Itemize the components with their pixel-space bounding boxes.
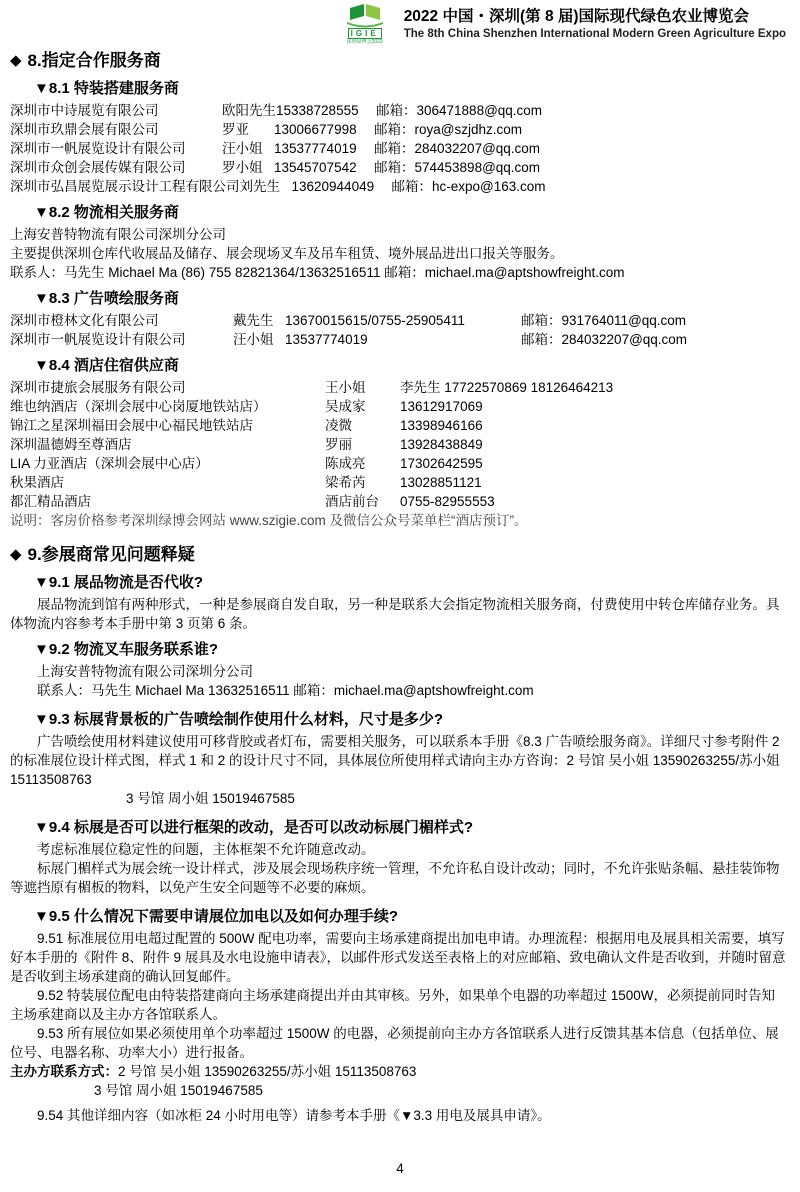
contact-name: 刘先生 — [240, 177, 292, 196]
table-row: LIA 力亚酒店（深圳会展中心店） 陈成亮 17302642595 — [10, 454, 786, 473]
table-row: 锦江之星深圳福田会展中心福民地铁站店 凌微 13398946166 — [10, 416, 786, 435]
email-address: 邮箱：284032207@qq.com — [374, 139, 540, 158]
table-row: 深圳市一帆展览设计有限公司 汪小姐 13537774019 邮箱：2840322… — [10, 330, 786, 349]
phone-number: 13398946166 — [400, 416, 483, 435]
subsection-8-1-rows: 深圳市中诗展览有限公司 欧阳先生 15338728555 邮箱：30647188… — [10, 101, 786, 196]
phone-number: 15338728555 — [276, 101, 376, 120]
table-row: 秋果酒店 梁希芮 13028851121 — [10, 473, 786, 492]
organizer-contact-line-1: 主办方联系方式：2 号馆 吴小姐 13590263255/苏小姐 1511350… — [10, 1062, 786, 1081]
question-9-3-answer: 广告喷绘使用材料建议使用可移背胶或者灯布，需要相关服务，可以联系本手册《8.3 … — [10, 732, 786, 789]
question-9-2-title: ▼9.2 物流叉车服务联系谁? — [34, 640, 786, 660]
hotel-name: LIA 力亚酒店（深圳会展中心店） — [10, 454, 325, 473]
email-address: 邮箱：284032207@qq.com — [521, 330, 687, 349]
logistics-services-desc: 主要提供深圳仓库代收展品及储存、展会现场叉车及吊车租赁、境外展品进出口报关等服务… — [10, 244, 786, 263]
company-name: 深圳市中诗展览有限公司 — [10, 101, 222, 120]
expo-titles: 2022 中国・深圳(第 8 届)国际现代绿色农业博览会 The 8th Chi… — [404, 7, 786, 42]
company-name: 深圳市橙林文化有限公司 — [10, 311, 233, 330]
email-address: 邮箱：roya@szjdhz.com — [374, 120, 522, 139]
phone-number: 13928438849 — [400, 435, 483, 454]
phone-number: 13670015615/0755-25905411 — [285, 311, 521, 330]
contact-name: 戴先生 — [233, 311, 285, 330]
hall-2-contact: 2 号馆 吴小姐 13590263255/苏小姐 15113508763 — [118, 1064, 416, 1079]
table-row: 深圳市捷旅会展服务有限公司 王小姐 李先生 17722570869 181264… — [10, 378, 786, 397]
hotel-name: 深圳温德姆至尊酒店 — [10, 435, 325, 454]
hotel-name: 维也纳酒店（深圳会展中心岗厦地铁站店） — [10, 397, 325, 416]
phone-number: 13006677998 — [274, 120, 374, 139]
organizer-contact-line-2: 3 号馆 周小姐 15019467585 — [10, 1081, 786, 1100]
page-header: IGIE 深圳绿博会2022 2022 中国・深圳(第 8 届)国际现代绿色农业… — [10, 2, 786, 46]
table-row: 深圳市玖鼎会展有限公司 罗亚 13006677998 邮箱：roya@szjdh… — [10, 120, 786, 139]
clause-9-54: 9.54 其他详细内容（如冰柜 24 小时用电等）请参考本手册《▼3.3 用电及… — [10, 1106, 786, 1125]
diamond-bullet-icon: ◆ — [10, 544, 22, 566]
hotel-name: 深圳市捷旅会展服务有限公司 — [10, 378, 325, 397]
phone-number: 13537774019 — [285, 330, 521, 349]
email-address: 邮箱：574453898@qq.com — [374, 158, 540, 177]
logistics-company-name: 上海安普特物流有限公司深圳分公司 — [10, 225, 786, 244]
question-9-1-title: ▼9.1 展品物流是否代收? — [34, 573, 786, 593]
company-name: 深圳市玖鼎会展有限公司 — [10, 120, 222, 139]
table-row: 维也纳酒店（深圳会展中心岗厦地铁站店） 吴成家 13612917069 — [10, 397, 786, 416]
company-name: 深圳市一帆展览设计有限公司 — [10, 330, 233, 349]
phone-number: 李先生 17722570869 18126464213 — [400, 378, 613, 397]
contact-name: 酒店前台 — [325, 492, 400, 511]
table-row: 深圳市一帆展览设计有限公司 汪小姐 13537774019 邮箱：2840322… — [10, 139, 786, 158]
table-row: 深圳市中诗展览有限公司 欧阳先生 15338728555 邮箱：30647188… — [10, 101, 786, 120]
phone-number: 0755-82955553 — [400, 492, 495, 511]
email-address: 邮箱：931764011@qq.com — [521, 311, 686, 330]
phone-number: 13612917069 — [400, 397, 483, 416]
email-address: 邮箱：306471888@qq.com — [376, 101, 542, 120]
phone-number: 13620944049 — [292, 177, 392, 196]
phone-number: 13545707542 — [274, 158, 374, 177]
expo-title-en: The 8th China Shenzhen International Mod… — [404, 27, 786, 42]
contact-name: 欧阳先生 — [222, 101, 276, 120]
forklift-company-name: 上海安普特物流有限公司深圳分公司 — [10, 662, 786, 681]
hotel-name: 秋果酒店 — [10, 473, 325, 492]
section-8-title: ◆ 8.指定合作服务商 — [10, 50, 786, 72]
clause-9-53: 9.53 所有展位如果必须使用单个功率超过 1500W 的电器，必须提前向主办方… — [10, 1024, 786, 1062]
phone-number: 13028851121 — [400, 473, 482, 492]
contact-name: 汪小姐 — [233, 330, 285, 349]
company-name: 深圳市众创会展传媒有限公司 — [10, 158, 222, 177]
question-9-3-title: ▼9.3 标展背景板的广告喷绘制作使用什么材料，尺寸是多少? — [34, 710, 786, 730]
subsection-8-4-title: ▼8.4 酒店住宿供应商 — [34, 356, 786, 376]
expo-logo: IGIE 深圳绿博会2022 — [336, 2, 394, 46]
diamond-bullet-icon: ◆ — [10, 50, 22, 72]
expo-title-cn: 2022 中国・深圳(第 8 届)国际现代绿色农业博览会 — [404, 7, 786, 27]
logistics-contact-line: 联系人：马先生 Michael Ma (86) 755 82821364/136… — [10, 263, 786, 282]
question-9-1-answer: 展品物流到馆有两种形式，一种是参展商自发自取，另一种是联系大会指定物流相关服务商… — [10, 595, 786, 633]
logo-acronym: IGIE — [348, 28, 382, 39]
section-9-title: ◆ 9.参展商常见问题释疑 — [10, 544, 786, 566]
forklift-contact-line: 联系人：马先生 Michael Ma 13632516511 邮箱：michae… — [10, 681, 786, 700]
subsection-8-3-rows: 深圳市橙林文化有限公司 戴先生 13670015615/0755-2590541… — [10, 311, 786, 349]
page-number: 4 — [0, 1159, 800, 1178]
subsection-8-3-title: ▼8.3 广告喷绘服务商 — [34, 289, 786, 309]
organizer-contact-label: 主办方联系方式： — [10, 1064, 118, 1079]
question-9-5-title: ▼9.5 什么情况下需要申请展位加电以及如何办理手续? — [34, 907, 786, 927]
phone-number: 17302642595 — [400, 454, 483, 473]
contact-name: 王小姐 — [325, 378, 400, 397]
email-address: 邮箱：hc-expo@163.com — [392, 177, 546, 196]
table-row: 深圳温德姆至尊酒店 罗丽 13928438849 — [10, 435, 786, 454]
contact-name: 梁希芮 — [325, 473, 400, 492]
document-page: IGIE 深圳绿博会2022 2022 中国・深圳(第 8 届)国际现代绿色农业… — [0, 0, 800, 1125]
company-name: 深圳市弘昌展览展示设计工程有限公司 — [10, 177, 240, 196]
contact-name: 汪小姐 — [222, 139, 274, 158]
hotel-booking-note: 说明：客房价格参考深圳绿博会网站 www.szigie.com 及微信公众号菜单… — [10, 511, 786, 530]
question-9-4-answer-1: 考虑标准展位稳定性的问题，主体框架不允许随意改动。 — [10, 840, 786, 859]
subsection-8-2-title: ▼8.2 物流相关服务商 — [34, 203, 786, 223]
open-book-icon — [343, 2, 387, 28]
clause-9-51: 9.51 标准展位用电超过配置的 500W 配电功率，需要向主场承建商提出加电申… — [10, 929, 786, 986]
section-9-title-text: 9.参展商常见问题释疑 — [28, 544, 195, 566]
question-9-4-answer-2: 标展门楣样式为展会统一设计样式，涉及展会现场秩序统一管理，不允许私自设计改动；同… — [10, 859, 786, 897]
phone-number: 13537774019 — [274, 139, 374, 158]
company-name: 深圳市一帆展览设计有限公司 — [10, 139, 222, 158]
table-row: 深圳市弘昌展览展示设计工程有限公司 刘先生 13620944049 邮箱：hc-… — [10, 177, 786, 196]
question-9-4-title: ▼9.4 标展是否可以进行框架的改动，是否可以改动标展门楣样式? — [34, 818, 786, 838]
logo-caption: 深圳绿博会2022 — [347, 39, 383, 46]
section-8-title-text: 8.指定合作服务商 — [28, 50, 161, 72]
contact-name: 罗亚 — [222, 120, 274, 139]
contact-name: 陈成亮 — [325, 454, 400, 473]
table-row: 深圳市橙林文化有限公司 戴先生 13670015615/0755-2590541… — [10, 311, 786, 330]
contact-name: 凌微 — [325, 416, 400, 435]
contact-name: 吴成家 — [325, 397, 400, 416]
subsection-8-1-title: ▼8.1 特装搭建服务商 — [34, 79, 786, 99]
contact-name: 罗小姐 — [222, 158, 274, 177]
table-row: 都汇精品酒店 酒店前台 0755-82955553 — [10, 492, 786, 511]
clause-9-52: 9.52 特装展位配电由特装搭建商向主场承建商提出并由其审核。另外，如果单个电器… — [10, 986, 786, 1024]
subsection-8-4-rows: 深圳市捷旅会展服务有限公司 王小姐 李先生 17722570869 181264… — [10, 378, 786, 511]
contact-name: 罗丽 — [325, 435, 400, 454]
hotel-name: 都汇精品酒店 — [10, 492, 325, 511]
hall-3-contact-line: 3 号馆 周小姐 15019467585 — [10, 789, 786, 808]
table-row: 深圳市众创会展传媒有限公司 罗小姐 13545707542 邮箱：5744538… — [10, 158, 786, 177]
hotel-name: 锦江之星深圳福田会展中心福民地铁站店 — [10, 416, 325, 435]
